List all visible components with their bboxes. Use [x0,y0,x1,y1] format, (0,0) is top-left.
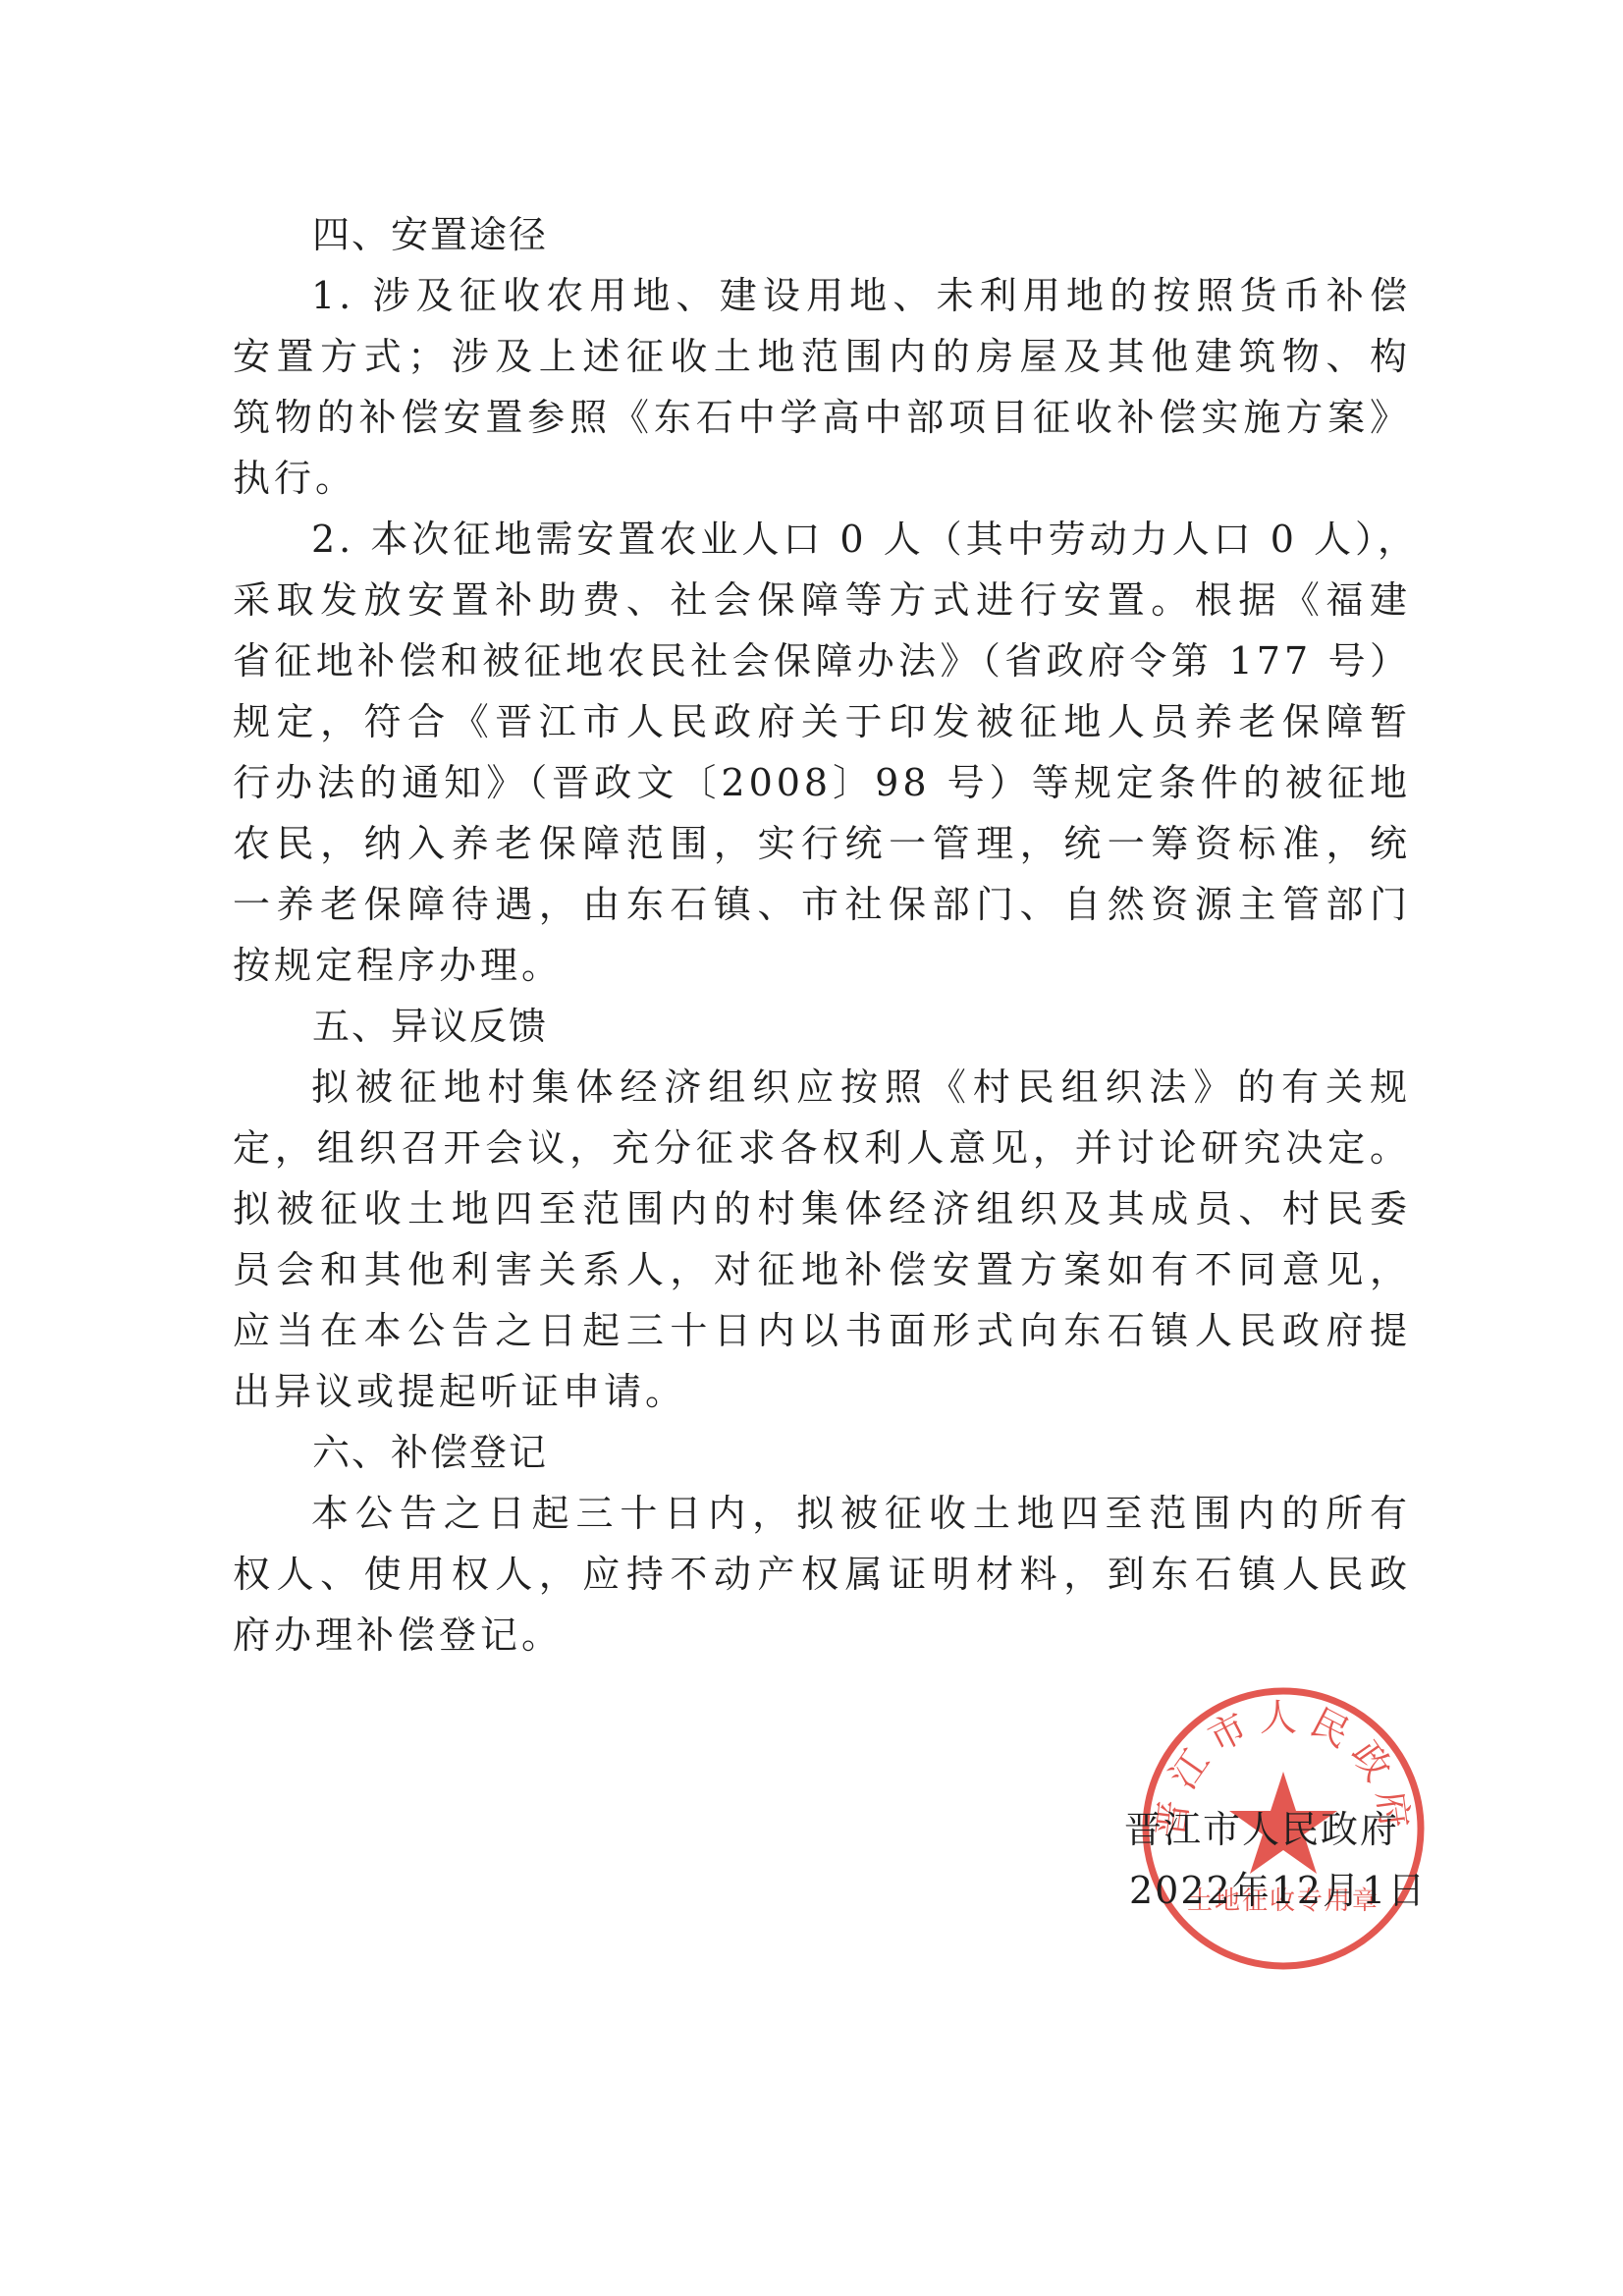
section-heading: 六、补偿登记 [233,1422,1411,1483]
paragraph-line: 安置方式；涉及上述征收土地范围内的房屋及其他建筑物、构 [233,326,1411,387]
paragraph-line: 按规定程序办理。 [233,935,1411,996]
document-body: 四、安置途径1. 涉及征收农用地、建设用地、未利用地的按照货币补偿安置方式；涉及… [233,204,1411,1666]
paragraph-line: 拟被征收土地四至范围内的村集体经济组织及其成员、村民委 [233,1178,1411,1239]
issue-date: 2022年12月1日 [1129,1860,1427,1914]
paragraph-line: 应当在本公告之日起三十日内以书面形式向东石镇人民政府提 [233,1300,1411,1361]
paragraph-line: 采取发放安置补助费、社会保障等方式进行安置。根据《福建 [233,570,1411,630]
paragraph-line: 规定，符合《晋江市人民政府关于印发被征地人员养老保障暂 [233,691,1411,752]
paragraph-line: 本公告之日起三十日内，拟被征收土地四至范围内的所有 [233,1483,1411,1544]
paragraph-line: 筑物的补偿安置参照《东石中学高中部项目征收补偿实施方案》 [233,387,1411,448]
paragraph-line: 府办理补偿登记。 [233,1605,1411,1666]
paragraph-line: 拟被征地村集体经济组织应按照《村民组织法》的有关规 [233,1057,1411,1118]
section-heading: 四、安置途径 [233,204,1411,265]
paragraph-line: 执行。 [233,448,1411,509]
paragraph-line: 出异议或提起听证申请。 [233,1361,1411,1422]
paragraph-line: 2. 本次征地需安置农业人口 0 人（其中劳动力人口 0 人）， [233,509,1411,570]
paragraph-line: 定，组织召开会议，充分征求各权利人意见，并讨论研究决定。 [233,1118,1411,1178]
paragraph-line: 员会和其他利害关系人，对征地补偿安置方案如有不同意见， [233,1239,1411,1300]
paragraph-line: 权人、使用权人，应持不动产权属证明材料，到东石镇人民政 [233,1544,1411,1605]
section-heading: 五、异议反馈 [233,996,1411,1057]
paragraph-line: 一养老保障待遇，由东石镇、市社保部门、自然资源主管部门 [233,874,1411,935]
paragraph-line: 省征地补偿和被征地农民社会保障办法》（省政府令第 177 号） [233,630,1411,691]
paragraph-line: 行办法的通知》（晋政文〔2008〕98 号）等规定条件的被征地 [233,752,1411,813]
paragraph-line: 1. 涉及征收农用地、建设用地、未利用地的按照货币补偿 [233,265,1411,326]
issuer-name: 晋江市人民政府 [1124,1799,1399,1853]
document-page: 四、安置途径1. 涉及征收农用地、建设用地、未利用地的按照货币补偿安置方式；涉及… [0,0,1623,2296]
paragraph-line: 农民，纳入养老保障范围，实行统一管理，统一筹资标准，统 [233,813,1411,874]
